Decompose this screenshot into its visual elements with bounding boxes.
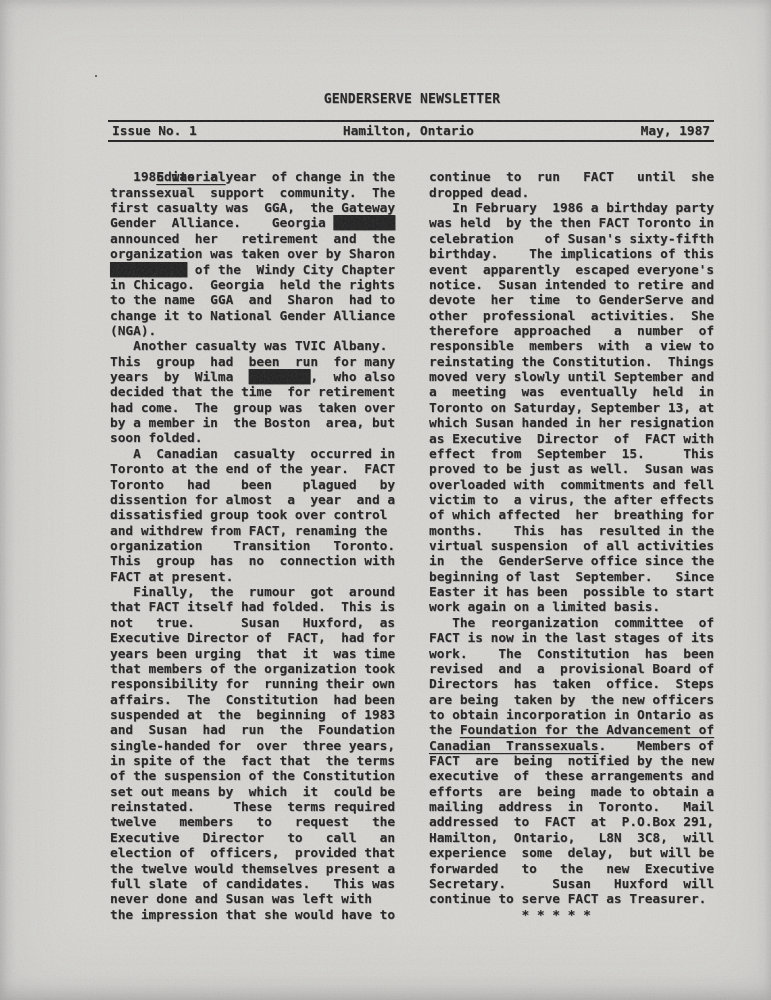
text-line: dissention for almost a year and a — [110, 493, 400, 508]
text-line: FACT are being notified by the new — [429, 754, 719, 769]
text-line: revised and a provisional Board of — [429, 662, 719, 677]
text-line: Another casualty was TVIC Albany. — [110, 339, 400, 354]
text-line: devote her time to GenderServe and — [429, 293, 719, 308]
text-line: dropped dead. — [429, 186, 719, 201]
text-line: the twelve would themselves present a — [110, 862, 400, 877]
newsletter-page: GENDERSERVE NEWSLETTER Issue No. 1 Hamil… — [0, 0, 771, 1000]
text-line: transsexual support community. The — [110, 186, 400, 201]
text-line: In February 1986 a birthday party — [429, 201, 719, 216]
text-line: forwarded to the new Executive — [429, 862, 719, 877]
text-line: a meeting was eventually held in — [429, 385, 719, 400]
text-line: dissatisfied group took over control — [110, 508, 400, 523]
masthead-rule-top — [108, 120, 714, 122]
text-line: and Susan had run the Foundation — [110, 723, 400, 738]
text-line: proved to be just as well. Susan was — [429, 462, 719, 477]
underlined-text: Foundation for the Advancement of — [460, 723, 714, 738]
text-line: had come. The group was taken over — [110, 401, 400, 416]
text-line: reinstated. These terms required — [110, 800, 400, 815]
text-line: work. The Constitution has been — [429, 647, 719, 662]
text-line: single-handed for over three years, — [110, 739, 400, 754]
text-line: full slate of candidates. This was — [110, 877, 400, 892]
text-line: Gender Alliance. Georgia ████████ — [110, 216, 400, 231]
text-line: * * * * * — [429, 908, 719, 923]
text-line: years been urging that it was time — [110, 647, 400, 662]
text-line: reinstating the Constitution. Things — [429, 355, 719, 370]
text-line: Toronto on Saturday, September 13, at — [429, 401, 719, 416]
text-line: which Susan handed in her resignation — [429, 416, 719, 431]
text-line: of which affected her breathing for — [429, 508, 719, 523]
text-line: are being taken by the new officers — [429, 693, 719, 708]
text-line: notice. Susan intended to retire and — [429, 278, 719, 293]
text-line: to the name GGA and Sharon had to — [110, 293, 400, 308]
text-line: birthday. The implications of this — [429, 247, 719, 262]
text-line: affairs. The Constitution had been — [110, 693, 400, 708]
text-line: not true. Susan Huxford, as — [110, 616, 400, 631]
text-line: the impression that she would have to — [110, 908, 400, 923]
text-line: announced her retirement and the — [110, 232, 400, 247]
text-line: suspended at the beginning of 1983 — [110, 708, 400, 723]
text-line: organization Transition Toronto. — [110, 539, 400, 554]
text-line: Hamilton, Ontario, L8N 3C8, will — [429, 831, 719, 846]
text-line: Secretary. Susan Huxford will — [429, 877, 719, 892]
text-line: ██████████ of the Windy City Chapter — [110, 263, 400, 278]
text-line: organization was taken over by Sharon — [110, 247, 400, 262]
text-line: Finally, the rumour got around — [110, 585, 400, 600]
text-line: that FACT itself had folded. This is — [110, 600, 400, 615]
text-line: other professional activities. She — [429, 309, 719, 324]
issue-number: Issue No. 1 — [112, 123, 197, 140]
text-line: in Chicago. Georgia held the rights — [110, 278, 400, 293]
masthead-rule-bottom — [108, 140, 714, 142]
text-line: that members of the organization took — [110, 662, 400, 677]
text-line: victim to a virus, the after effects — [429, 493, 719, 508]
text-line: in spite of the fact that the terms — [110, 754, 400, 769]
text-line: executive of these arrangements and — [429, 769, 719, 784]
text-line: This group had been run for many — [110, 355, 400, 370]
text-line: responsibility for running their own — [110, 677, 400, 692]
text-line: the Foundation for the Advancement of — [429, 723, 719, 738]
text-line: mailing address in Toronto. Mail — [429, 800, 719, 815]
text-line: continue to run FACT until she — [429, 170, 719, 185]
text-line: Executive Director of FACT, had for — [110, 631, 400, 646]
text-line: twelve members to request the — [110, 815, 400, 830]
text-line: to obtain incorporation in Ontario as — [429, 708, 719, 723]
text-line: moved very slowly until September and — [429, 370, 719, 385]
text-line: event apparently escaped everyone's — [429, 263, 719, 278]
text-line: never done and Susan was left with — [110, 892, 400, 907]
text-line: Toronto at the end of the year. FACT — [110, 462, 400, 477]
text-line: and withdrew from FACT, renaming the — [110, 524, 400, 539]
text-line: beginning of last September. Since — [429, 570, 719, 585]
masthead-date: May, 1987 — [641, 123, 710, 140]
text-line: soon folded. — [110, 431, 400, 446]
text-line: years by Wilma ████████, who also — [110, 370, 400, 385]
text-line: Easter it has been possible to start — [429, 585, 719, 600]
text-line: efforts are being made to obtain a — [429, 785, 719, 800]
text-line: FACT at present. — [110, 570, 400, 585]
scan-speck — [95, 75, 97, 77]
text-line: The reorganization committee of — [429, 616, 719, 631]
text-line: by a member in the Boston area, but — [110, 416, 400, 431]
left-column: Editorial 1986 was a year of change in t… — [110, 155, 400, 923]
text-line: of the suspension of the Constitution — [110, 769, 400, 784]
text-line: therefore approached a number of — [429, 324, 719, 339]
text-line: 1986 was a year of change in the — [110, 170, 400, 185]
text-line: virtual suspension of all activities — [429, 539, 719, 554]
text-line: first casualty was GGA, the Gateway — [110, 201, 400, 216]
text-line: set out means by which it could be — [110, 785, 400, 800]
text-line: election of officers, provided that — [110, 846, 400, 861]
newsletter-title: GENDERSERVE NEWSLETTER — [110, 92, 714, 107]
text-line: addressed to FACT at P.O.Box 291, — [429, 815, 719, 830]
underlined-text: Canadian Transsexuals — [429, 739, 599, 754]
text-line: responsible members with a view to — [429, 339, 719, 354]
text-line: effect from September 15. This — [429, 447, 719, 462]
text-line: Directors has taken office. Steps — [429, 677, 719, 692]
text-line: Executive Director to call an — [110, 831, 400, 846]
text-line: (NGA). — [110, 324, 400, 339]
text-line: as Executive Director of FACT with — [429, 432, 719, 447]
article-heading: Editorial — [110, 155, 400, 170]
text-line: was held by the then FACT Toronto in — [429, 216, 719, 231]
text-line: change it to National Gender Alliance — [110, 309, 400, 324]
text-line: in the GenderServe office since the — [429, 554, 719, 569]
text-line: A Canadian casualty occurred in — [110, 447, 400, 462]
text-line: FACT is now in the last stages of its — [429, 631, 719, 646]
text-line: decided that the time for retirement — [110, 385, 400, 400]
text-line: Toronto had been plagued by — [110, 478, 400, 493]
right-column: continue to run FACT until shedropped de… — [429, 170, 719, 923]
text-line: experience some delay, but will be — [429, 846, 719, 861]
text-line: continue to serve FACT as Treasurer. — [429, 892, 719, 907]
text-line: Canadian Transsexuals. Members of — [429, 739, 719, 754]
text-line: months. This has resulted in the — [429, 524, 719, 539]
text-line: work again on a limited basis. — [429, 600, 719, 615]
text-line: This group has no connection with — [110, 554, 400, 569]
masthead-location: Hamilton, Ontario — [343, 123, 474, 140]
masthead-row: Issue No. 1 Hamilton, Ontario May, 1987 — [110, 123, 712, 140]
text-line: overloaded with commitments and fell — [429, 478, 719, 493]
text-line: celebration of Susan's sixty-fifth — [429, 232, 719, 247]
